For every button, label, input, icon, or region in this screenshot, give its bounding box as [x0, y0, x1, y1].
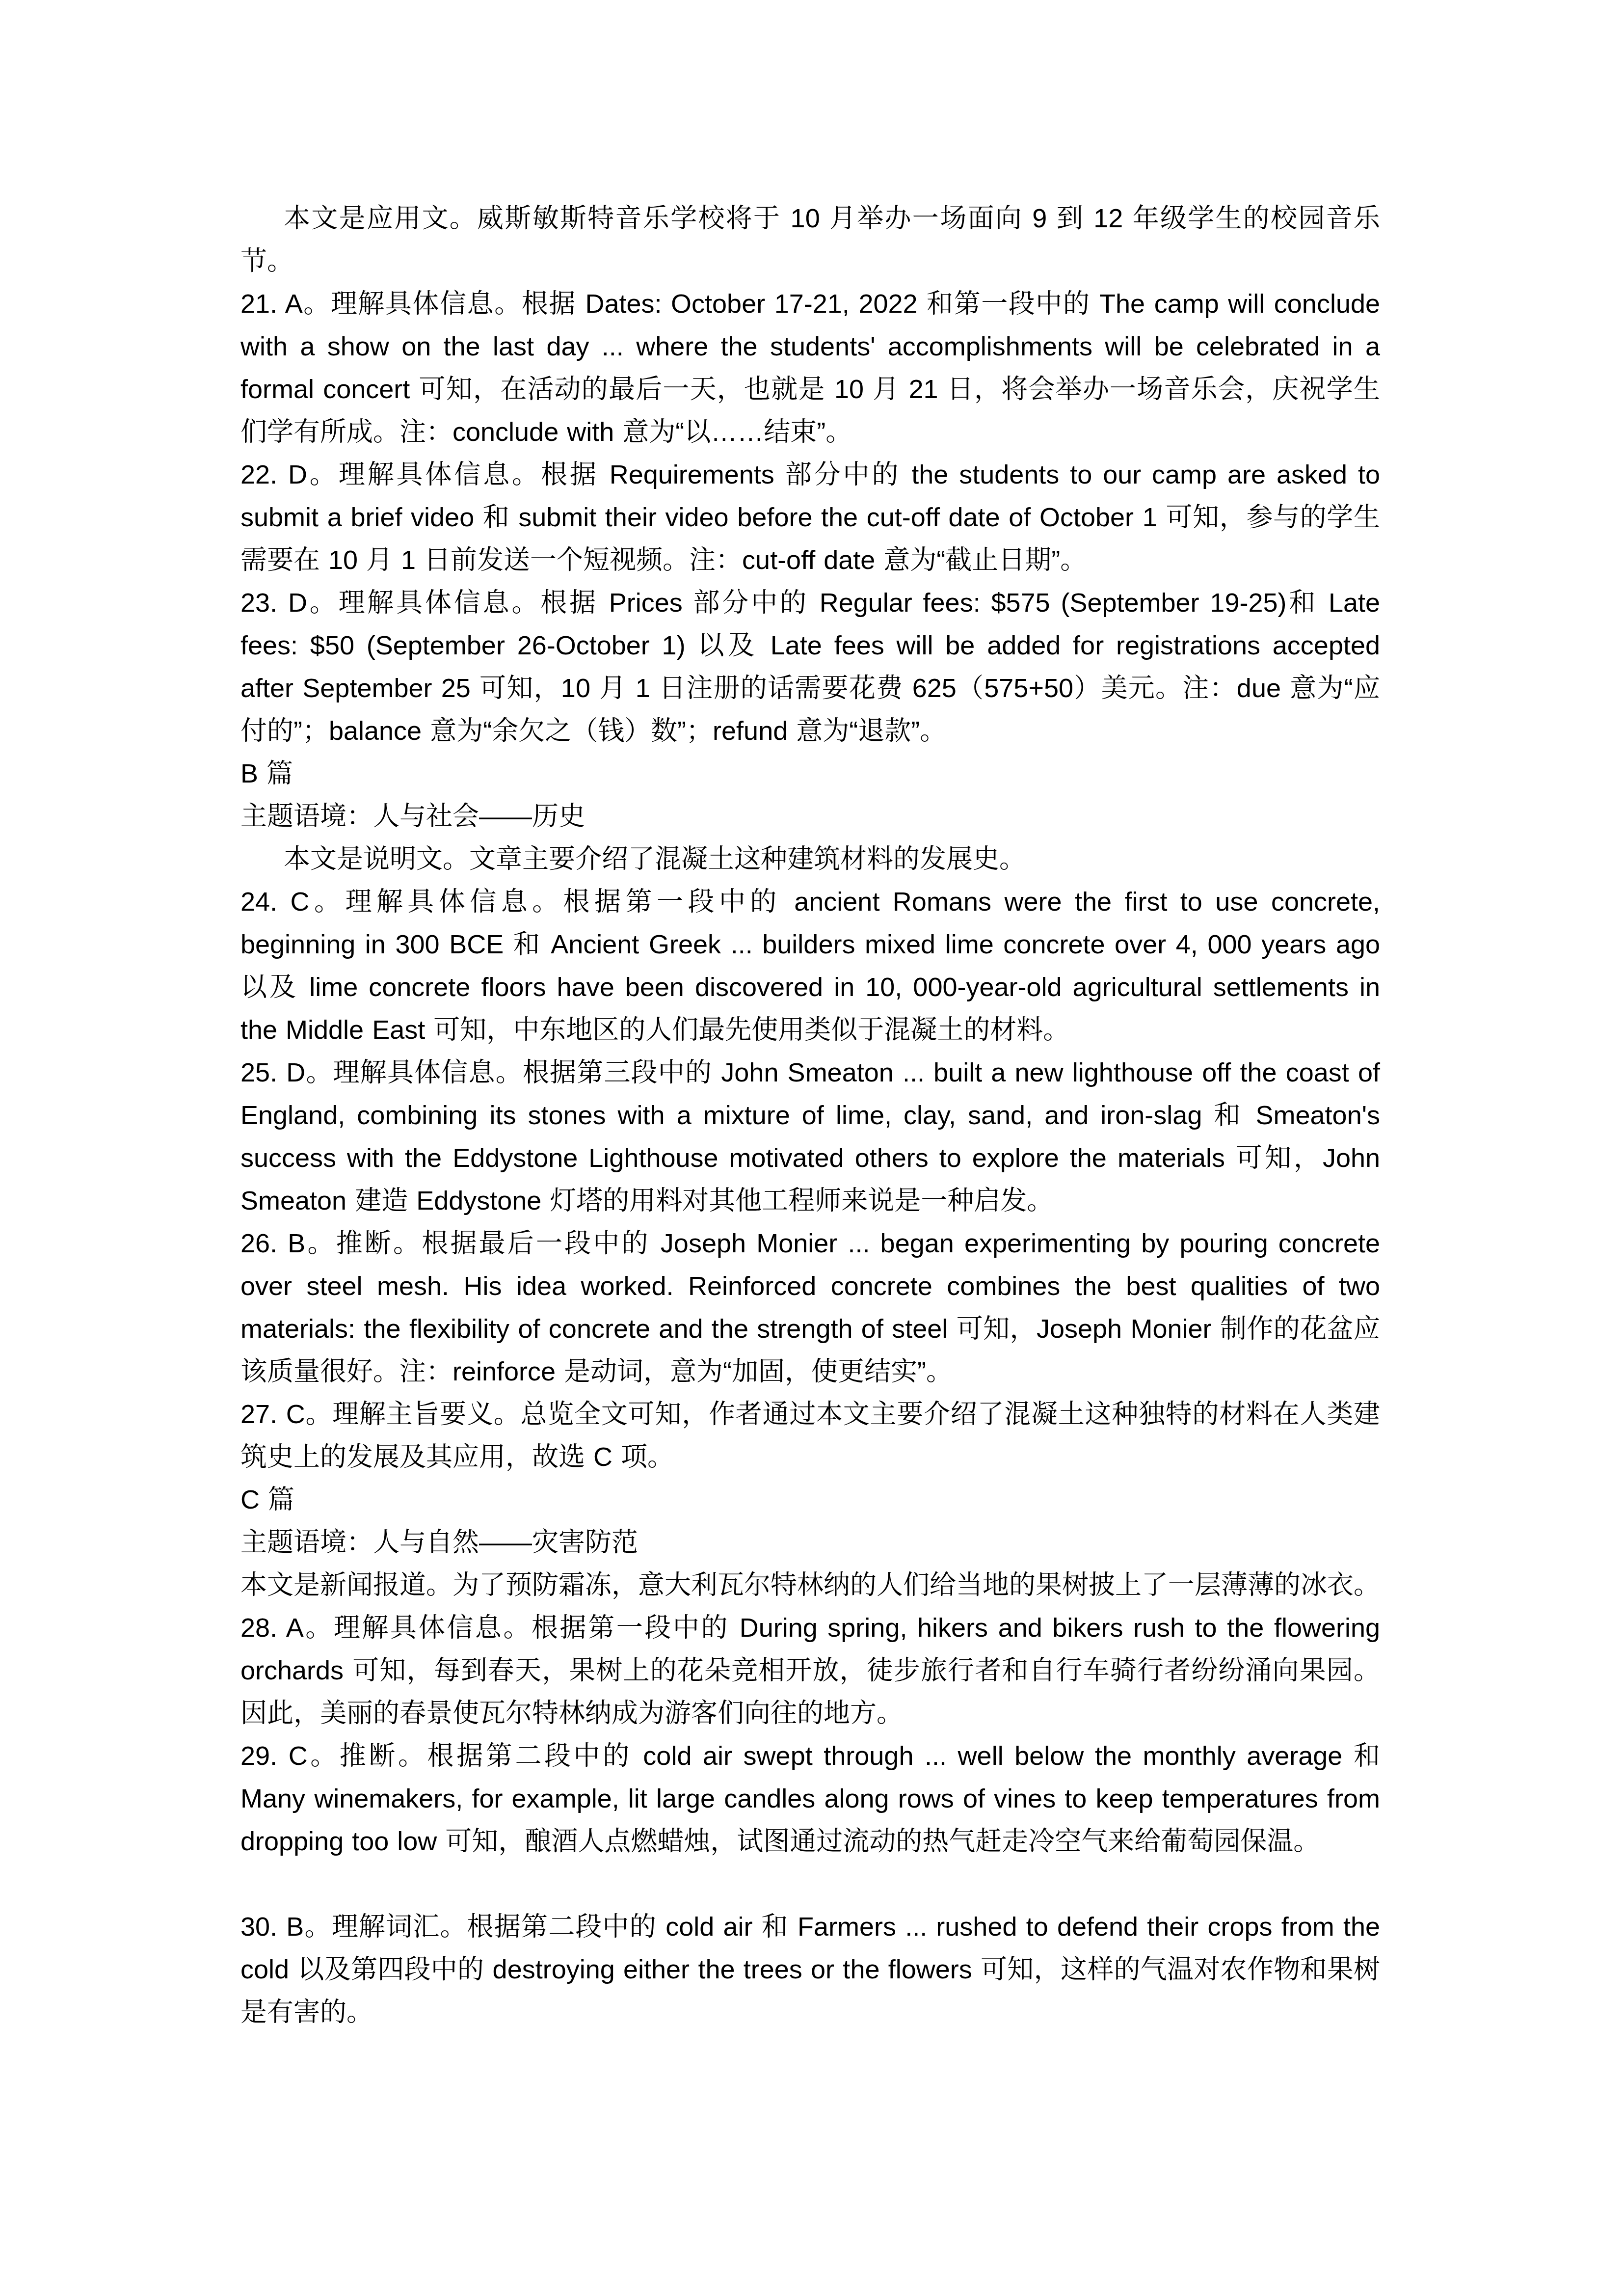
- theme-context-b: 主题语境：人与社会——历史: [240, 795, 1380, 838]
- theme-context-c: 主题语境：人与自然——灾害防范: [240, 1521, 1380, 1564]
- intro-passage-b: 本文是说明文。文章主要介绍了混凝土这种建筑材料的发展史。: [240, 838, 1380, 881]
- answer-27: 27. C。理解主旨要义。总览全文可知，作者通过本文主要介绍了混凝土这种独特的材…: [240, 1393, 1380, 1479]
- answer-22: 22. D。理解具体信息。根据 Requirements 部分中的 the st…: [240, 454, 1380, 582]
- answer-23: 23. D。理解具体信息。根据 Prices 部分中的 Regular fees…: [240, 582, 1380, 753]
- answer-21: 21. A。理解具体信息。根据 Dates: October 17-21, 20…: [240, 283, 1380, 454]
- document-page: 本文是应用文。威斯敏斯特音乐学校将于 10 月举办一场面向 9 到 12 年级学…: [0, 0, 1623, 2296]
- answer-26: 26. B。推断。根据最后一段中的 Joseph Monier ... bega…: [240, 1222, 1380, 1393]
- section-label-c: C 篇: [240, 1479, 1380, 1521]
- intro-passage-a: 本文是应用文。威斯敏斯特音乐学校将于 10 月举办一场面向 9 到 12 年级学…: [240, 197, 1380, 283]
- intro-passage-c: 本文是新闻报道。为了预防霜冻，意大利瓦尔特林纳的人们给当地的果树披上了一层薄薄的…: [240, 1564, 1380, 1607]
- answer-28: 28. A。理解具体信息。根据第一段中的 During spring, hike…: [240, 1607, 1380, 1735]
- answer-30: 30. B。理解词汇。根据第二段中的 cold air 和 Farmers ..…: [240, 1906, 1380, 2034]
- blank-line: [240, 1863, 1380, 1906]
- answer-25: 25. D。理解具体信息。根据第三段中的 John Smeaton ... bu…: [240, 1052, 1380, 1222]
- answer-29: 29. C。推断。根据第二段中的 cold air swept through …: [240, 1735, 1380, 1863]
- document-body: 本文是应用文。威斯敏斯特音乐学校将于 10 月举办一场面向 9 到 12 年级学…: [240, 197, 1380, 2034]
- answer-24: 24. C。理解具体信息。根据第一段中的 ancient Romans were…: [240, 881, 1380, 1052]
- section-label-b: B 篇: [240, 753, 1380, 795]
